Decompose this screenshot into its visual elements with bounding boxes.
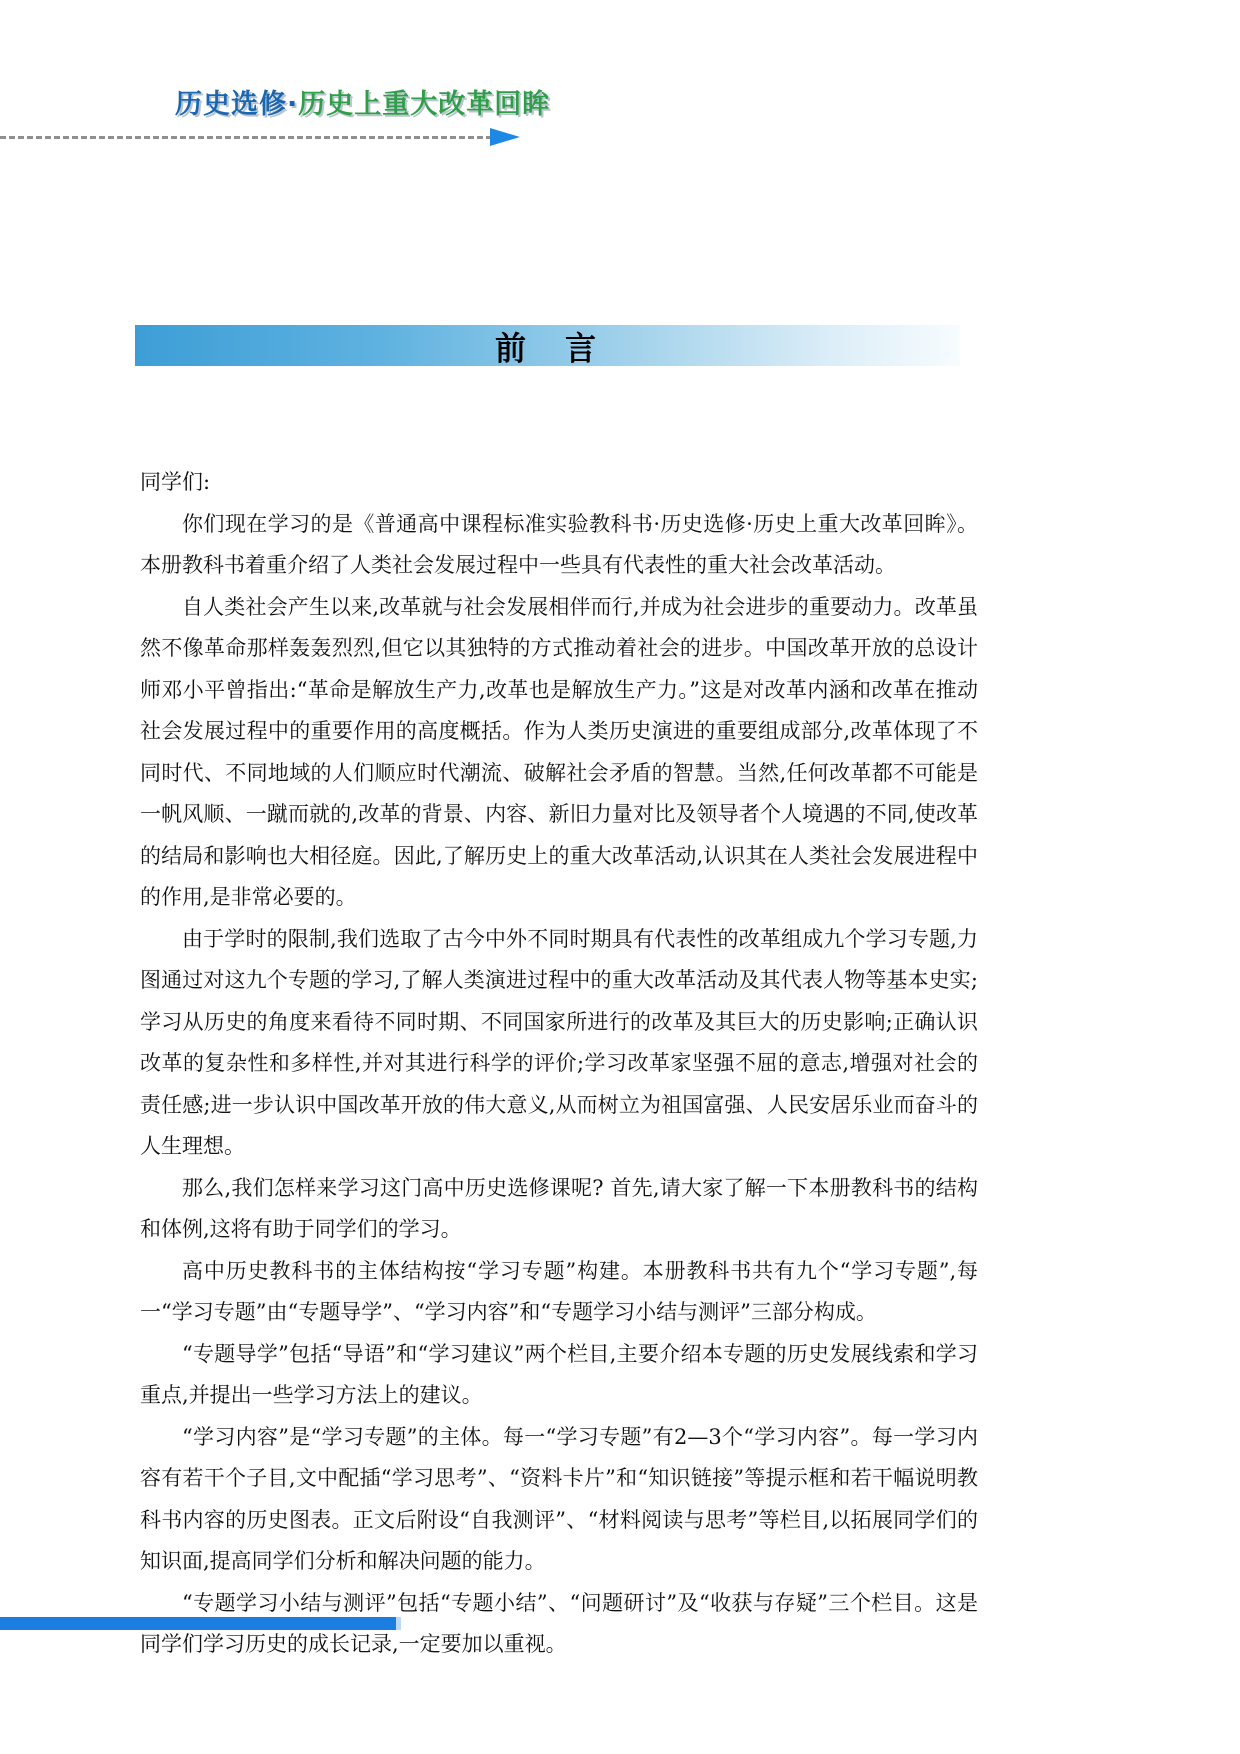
footer-accent-bar [0, 1617, 396, 1630]
series-title-part-green: 历史上重大改革回眸 [298, 89, 550, 120]
paragraph: “学习内容”是“学习专题”的主体。每一“学习专题”有2—3个“学习内容”。每一学… [140, 1417, 978, 1583]
preface-banner: 前 言 [135, 325, 960, 366]
paragraph: 高中历史教科书的主体结构按“学习专题”构建。本册教科书共有九个“学习专题”,每一… [140, 1251, 978, 1334]
paragraph: 那么,我们怎样来学习这门高中历史选修课呢? 首先,请大家了解一下本册教科书的结构… [140, 1168, 978, 1251]
paragraph: 由于学时的限制,我们选取了古今中外不同时期具有代表性的改革组成九个学习专题,力图… [140, 919, 978, 1168]
header-dashed-rule [0, 136, 492, 139]
footer-accent-bar-cap [396, 1617, 401, 1630]
header-arrow-icon [490, 128, 520, 146]
paragraph: 你们现在学习的是《普通高中课程标准实验教科书·历史选修·历史上重大改革回眸》。本… [140, 504, 978, 587]
paragraph: 自人类社会产生以来,改革就与社会发展相伴而行,并成为社会进步的重要动力。改革虽然… [140, 587, 978, 919]
series-title-part-blue: 历史选修· [175, 89, 298, 120]
preface-text: 同学们: 你们现在学习的是《普通高中课程标准实验教科书·历史选修·历史上重大改革… [140, 462, 978, 1666]
series-title: 历史选修·历史上重大改革回眸 [175, 82, 550, 121]
paragraph: “专题导学”包括“导语”和“学习建议”两个栏目,主要介绍本专题的历史发展线索和学… [140, 1334, 978, 1417]
preface-title: 前 言 [495, 322, 600, 369]
salutation: 同学们: [140, 462, 978, 504]
textbook-preface-page: 历史选修·历史上重大改革回眸 前 言 同学们: 你们现在学习的是《普通高中课程标… [0, 0, 1240, 1754]
